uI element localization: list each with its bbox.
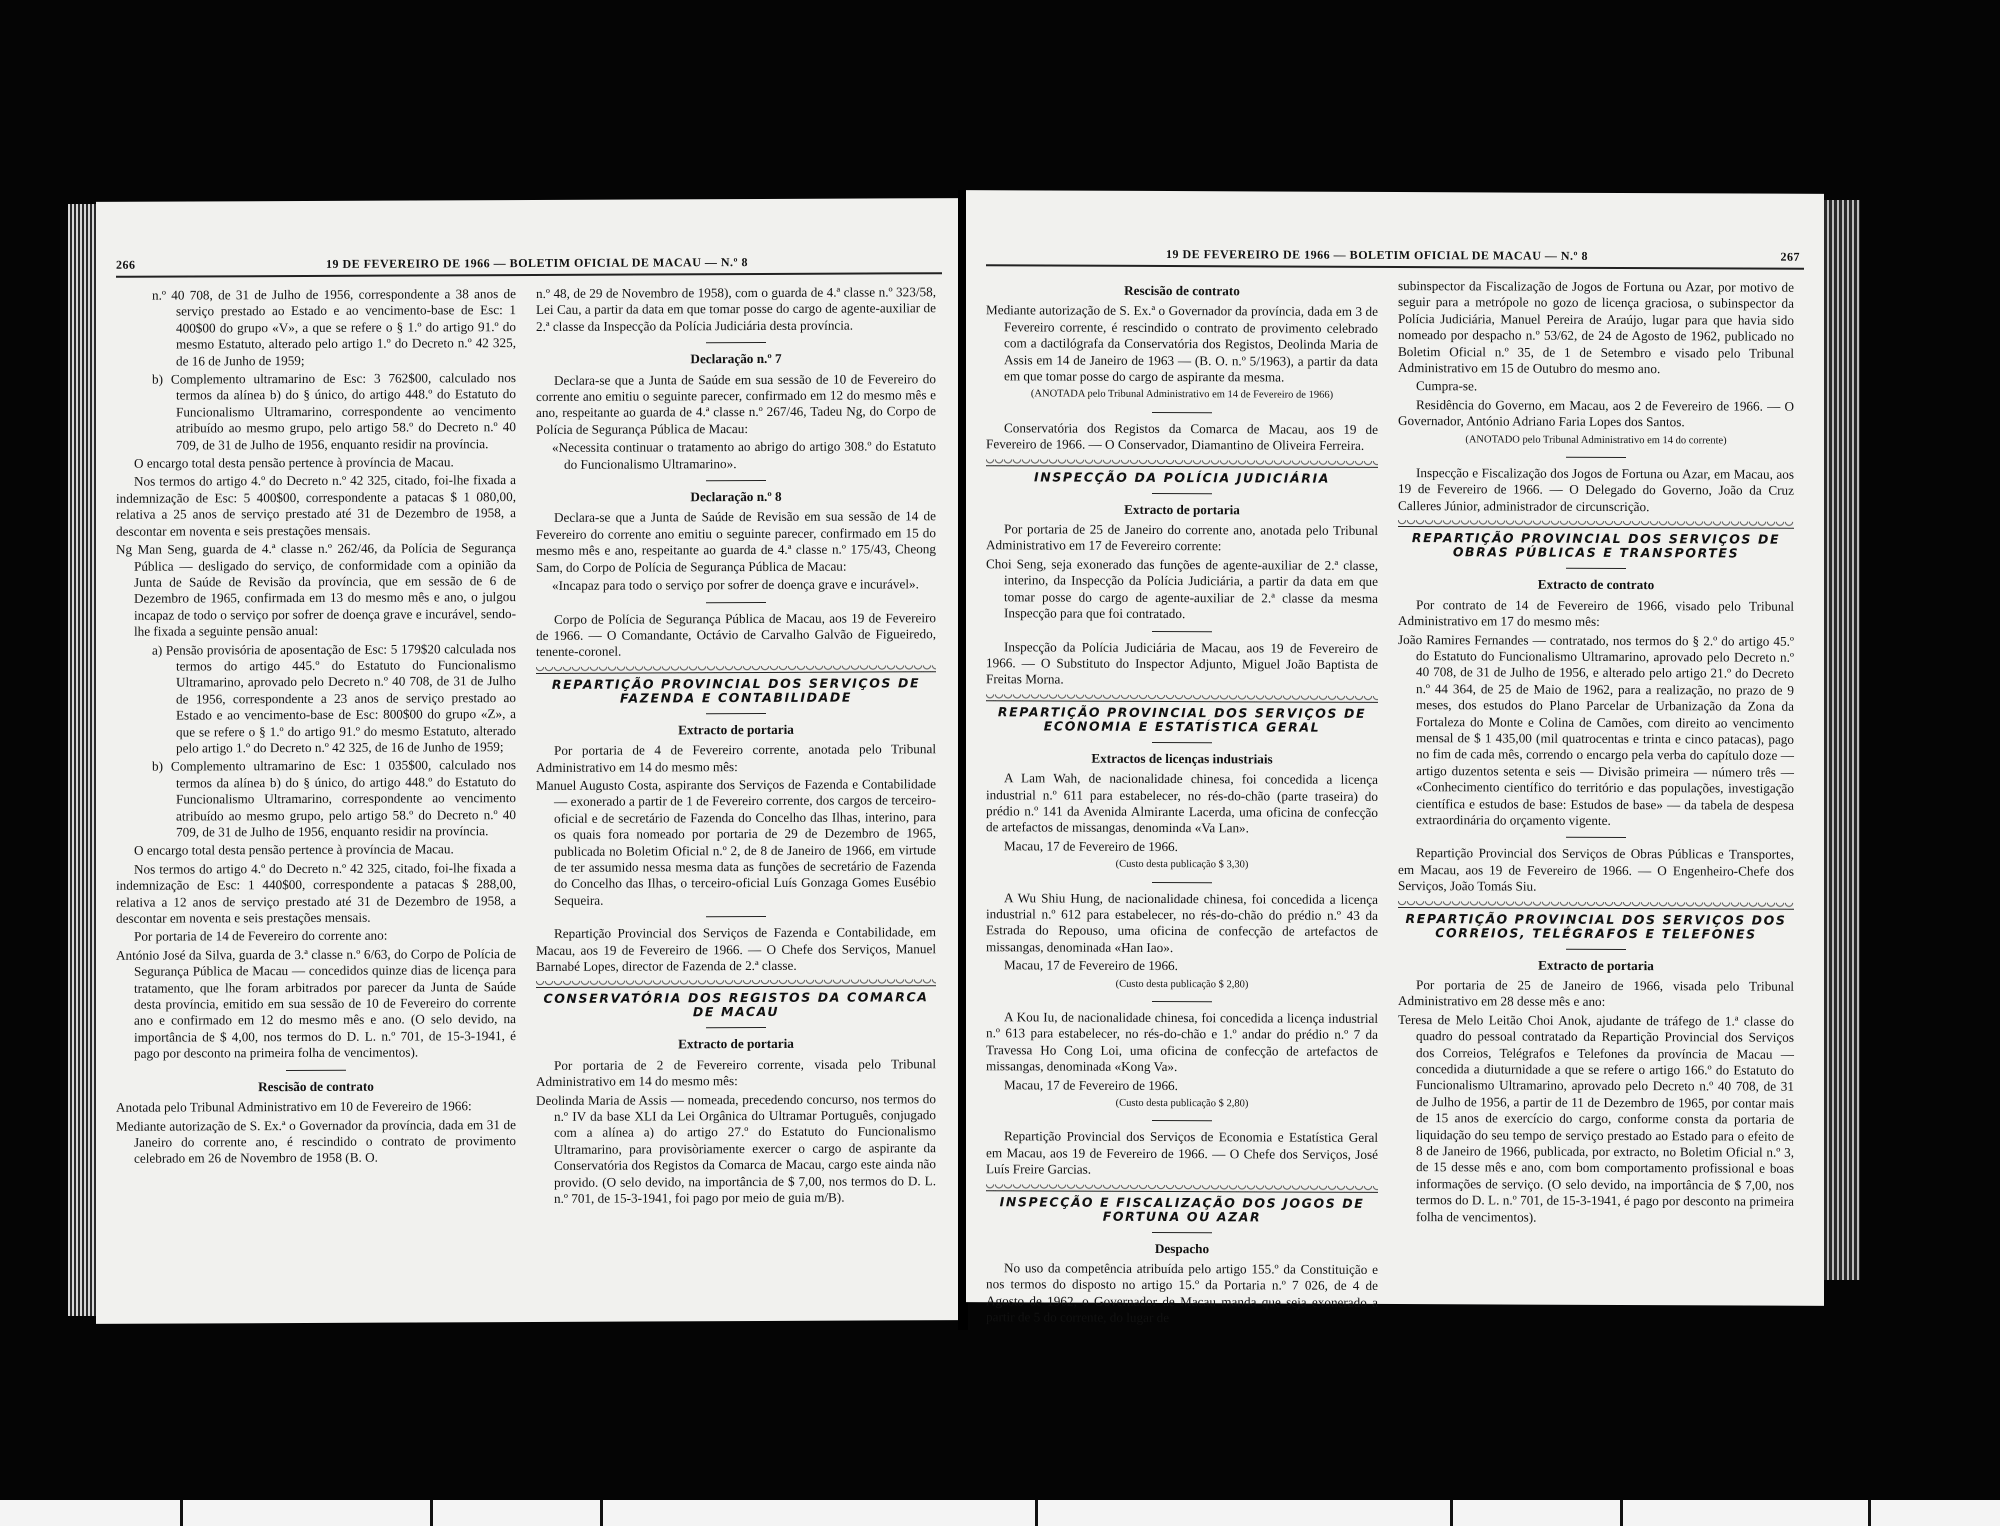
section-heading: Extracto de portaria [536,1036,936,1054]
annotation-note: (Custo desta publicação $ 2,80) [986,976,1378,994]
section-heading: Extracto de portaria [986,501,1378,519]
section-separator [1152,882,1212,883]
paragraph: Por portaria de 25 de Janeiro do corrent… [986,521,1378,556]
paragraph: Declara-se que a Junta de Saúde de Revis… [536,509,936,576]
running-head: 19 DE FEVEREIRO DE 1966 — BOLETIM OFICIA… [1166,247,1588,264]
section-separator [1152,1232,1212,1233]
paragraph: Nos termos do artigo 4.º do Decreto n.º … [116,473,516,540]
column-left-1: n.º 40 708, de 31 de Julho de 1956, corr… [116,286,516,1169]
paragraph: João Ramires Fernandes — contratado, nos… [1398,632,1794,831]
section-heading: Extracto de portaria [536,721,936,739]
running-head: 19 DE FEVEREIRO DE 1966 — BOLETIM OFICIA… [326,255,748,272]
department-heading: INSPECÇÃO E FISCALIZAÇÃO DOS JOGOS DE FO… [986,1195,1378,1225]
section-separator [1566,837,1626,838]
ruler-tick [180,1500,183,1526]
paragraph: Por contrato de 14 de Fevereiro de 1966,… [1398,597,1794,632]
ruler-tick [600,1500,603,1526]
paragraph: O encargo total desta pensão pertence à … [116,454,516,472]
paragraph: Conservatória dos Registos da Comarca de… [986,420,1378,455]
paragraph: Por portaria de 4 de Fevereiro corrente,… [536,741,936,776]
paragraph: Corpo de Polícia de Segurança Pública de… [536,610,936,661]
column-left-2: n.º 48, de 29 de Novembro de 1958), com … [536,284,936,1209]
paragraph: n.º 48, de 29 de Novembro de 1958), com … [536,284,936,335]
wavy-divider [986,459,1378,468]
paragraph: subinspector da Fiscalização de Jogos de… [1398,278,1794,378]
ruler-tick [1868,1500,1871,1526]
paragraph: Deolinda Maria de Assis — nomeada, prece… [536,1091,936,1208]
wavy-divider [986,1184,1378,1193]
paragraph: Ng Man Seng, guarda de 4.ª classe n.º 26… [116,540,516,640]
paragraph: Cumpra-se. [1398,378,1794,396]
department-heading: INSPECÇÃO DA POLÍCIA JUDICIÁRIA [986,470,1378,486]
book-page-edges-left [68,204,98,1316]
paragraph: António José da Silva, guarda de 3.ª cla… [116,946,516,1063]
paragraph: Choi Seng, seja exonerado das funções de… [986,556,1378,623]
paragraph: O encargo total desta pensão pertence à … [116,841,516,859]
left-page: 266 19 DE FEVEREIRO DE 1966 — BOLETIM OF… [96,198,962,1324]
wavy-divider [1398,901,1794,910]
paragraph: Mediante autorização de S. Ex.ª o Govern… [116,1117,516,1168]
section-heading: Despacho [986,1240,1378,1258]
paragraph: Residência do Governo, em Macau, aos 2 d… [1398,397,1794,432]
section-separator [1152,412,1212,413]
annotation-note: (Custo desta publicação $ 3,30) [986,856,1378,874]
section-heading: Extracto de contrato [1398,576,1794,594]
section-separator [706,480,766,481]
department-heading: REPARTIÇÃO PROVINCIAL DOS SERVIÇOS DOS C… [1398,912,1794,942]
wavy-divider [986,694,1378,703]
right-page: 19 DE FEVEREIRO DE 1966 — BOLETIM OFICIA… [966,190,1824,1306]
paragraph: Por portaria de 14 de Fevereiro do corre… [116,927,516,945]
section-separator [1152,630,1212,631]
paragraph: Inspecção da Polícia Judiciária de Macau… [986,639,1378,690]
paragraph: «Necessita continuar o tratamento ao abr… [536,438,936,473]
paragraph: Macau, 17 de Fevereiro de 1966. [986,838,1378,856]
paragraph: Manuel Augusto Costa, aspirante dos Serv… [536,776,936,909]
annotation-note: (ANOTADO pelo Tribunal Administrativo em… [1398,432,1794,450]
paragraph: b) Complemento ultramarino de Esc: 1 035… [116,757,516,841]
section-separator [1152,493,1212,494]
section-separator [286,1069,346,1070]
paragraph: Por portaria de 2 de Fevereiro corrente,… [536,1056,936,1091]
ruler-tick [430,1500,433,1526]
section-separator [706,916,766,917]
scanner-ruler [0,1500,2000,1526]
paragraph: Anotada pelo Tribunal Administrativo em … [116,1098,516,1116]
department-heading: REPARTIÇÃO PROVINCIAL DOS SERVIÇOS DE FA… [536,676,936,706]
paragraph: No uso da competência atribuída pelo art… [986,1260,1378,1327]
wavy-divider [536,665,936,674]
paragraph: Por portaria de 25 de Janeiro de 1966, v… [1398,977,1794,1012]
section-separator [706,601,766,602]
paragraph: Teresa de Melo Leitão Choi Anok, ajudant… [1398,1012,1794,1227]
section-heading: Declaração n.º 7 [536,350,936,368]
paragraph: Mediante autorização de S. Ex.ª o Govern… [986,303,1378,387]
section-heading: Extracto de portaria [1398,957,1794,975]
column-right-1: Rescisão de contratoMediante autorização… [986,276,1378,1329]
paragraph: A Wu Shiu Hung, de nacionalidade chinesa… [986,890,1378,957]
paragraph: Macau, 17 de Fevereiro de 1966. [986,957,1378,975]
header-rule [986,264,1804,270]
department-heading: REPARTIÇÃO PROVINCIAL DOS SERVIÇOS DE EC… [986,705,1378,735]
wavy-divider [1398,520,1794,529]
paragraph: A Kou Iu, de nacionalidade chinesa, foi … [986,1009,1378,1076]
section-separator [706,713,766,714]
paragraph: «Incapaz para todo o serviço por sofrer … [536,576,936,594]
section-heading: Rescisão de contrato [116,1078,516,1096]
section-separator [706,342,766,343]
wavy-divider [536,980,936,989]
department-heading: CONSERVATÓRIA DOS REGISTOS DA COMARCA DE… [536,991,936,1021]
page-number: 267 [1781,250,1801,265]
paragraph: Repartição Provincial dos Serviços de Ec… [986,1129,1378,1180]
paragraph: Repartição Provincial dos Serviços de Ob… [1398,845,1794,896]
ruler-tick [1620,1500,1623,1526]
paragraph: n.º 40 708, de 31 de Julho de 1956, corr… [116,286,516,370]
department-heading: REPARTIÇÃO PROVINCIAL DOS SERVIÇOS DE OB… [1398,531,1794,561]
paragraph: Repartição Provincial dos Serviços de Fa… [536,924,936,975]
annotation-note: (Custo desta publicação $ 2,80) [986,1095,1378,1113]
section-separator [1566,568,1626,569]
paragraph: Macau, 17 de Fevereiro de 1966. [986,1077,1378,1095]
book-page-edges-right [1824,200,1860,1280]
section-heading: Extractos de licenças industriais [986,750,1378,768]
section-heading: Rescisão de contrato [986,282,1378,300]
ruler-tick [1035,1500,1038,1526]
ruler-tick [1450,1500,1453,1526]
paragraph: A Lam Wah, de nacionalidade chinesa, foi… [986,770,1378,837]
section-separator [1566,948,1626,949]
column-right-2: subinspector da Fiscalização de Jogos de… [1398,278,1794,1229]
header-rule [116,272,942,278]
section-heading: Declaração n.º 8 [536,488,936,506]
section-separator [1152,742,1212,743]
paragraph: Declara-se que a Junta de Saúde em sua s… [536,371,936,438]
paragraph: b) Complemento ultramarino de Esc: 3 762… [116,370,516,454]
paragraph: Inspecção e Fiscalização dos Jogos de Fo… [1398,465,1794,516]
section-separator [706,1027,766,1028]
section-separator [1152,1120,1212,1121]
section-separator [1152,1001,1212,1002]
page-number: 266 [116,258,136,273]
paragraph: a) Pensão provisória de aposentação de E… [116,641,516,758]
paragraph: Nos termos do artigo 4.º do Decreto n.º … [116,860,516,927]
annotation-note: (ANOTADA pelo Tribunal Administrativo em… [986,387,1378,405]
section-separator [1566,457,1626,458]
